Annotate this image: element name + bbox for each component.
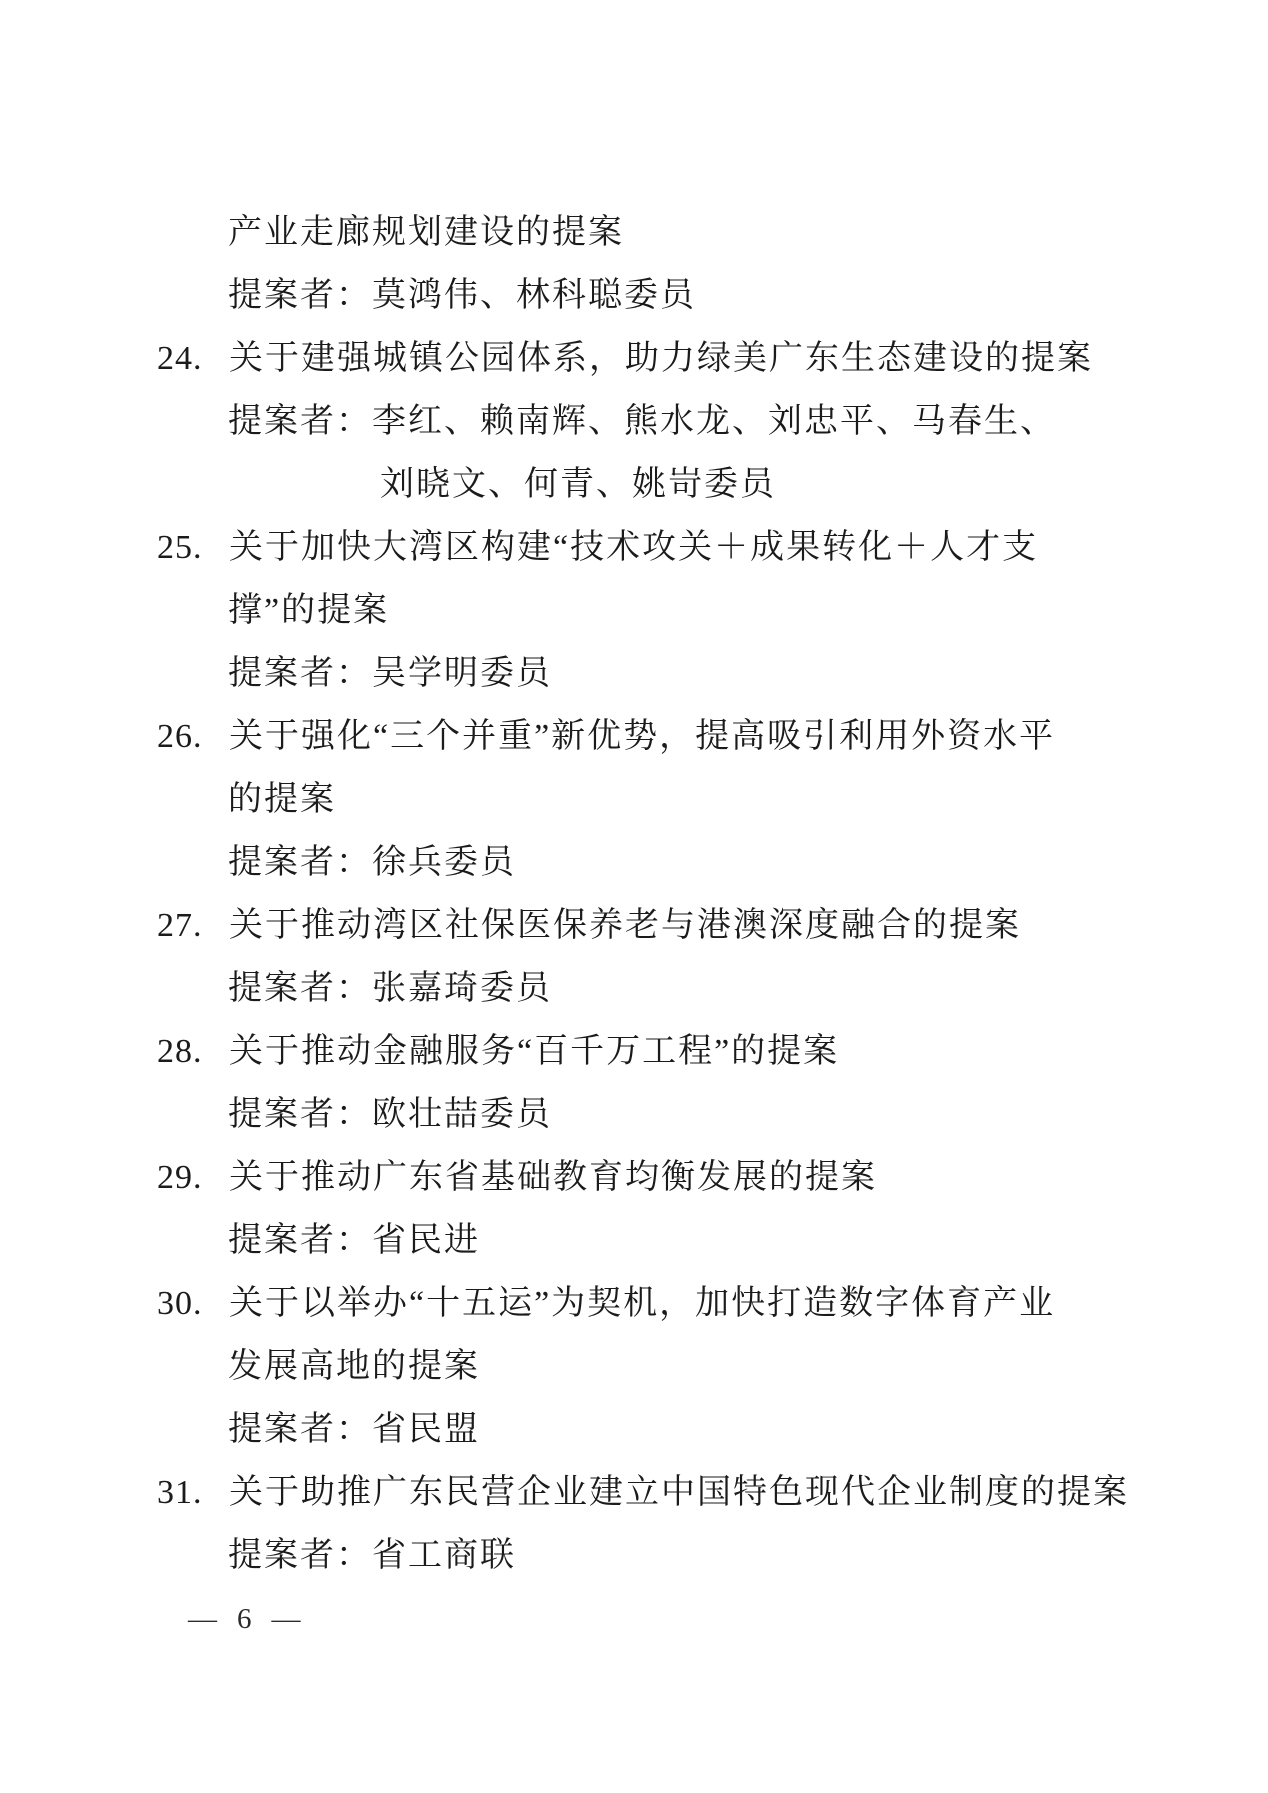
proposal-title-text: 关于强化“三个并重”新优势，提高吸引利用外资水平 bbox=[229, 718, 1055, 755]
proposer-line: 提案者：省民盟 bbox=[228, 1398, 1268, 1461]
proposal-title-text: 关于加快大湾区构建“技术攻关＋成果转化＋人才支 bbox=[229, 529, 1038, 566]
proposal-title-line: 28.关于推动金融服务“百千万工程”的提案 bbox=[157, 1020, 1268, 1083]
proposal-number: 30. bbox=[157, 1272, 229, 1335]
proposal-title-continuation: 撑”的提案 bbox=[228, 579, 1268, 642]
proposal-title-continuation: 的提案 bbox=[228, 768, 1268, 831]
proposal-number: 28. bbox=[157, 1020, 229, 1083]
document-page: 产业走廊规划建设的提案 提案者：莫鸿伟、林科聪委员 24.关于建强城镇公园体系，… bbox=[0, 0, 1268, 1793]
proposer-line: 提案者：李红、赖南辉、熊水龙、刘忠平、马春生、 bbox=[228, 390, 1268, 453]
proposer-line: 提案者：徐兵委员 bbox=[228, 831, 1268, 894]
proposal-number: 29. bbox=[157, 1146, 229, 1209]
page-footer: — 6 — bbox=[188, 1598, 301, 1640]
proposal-title-text: 关于推动金融服务“百千万工程”的提案 bbox=[229, 1033, 839, 1070]
proposal-title-text: 关于推动广东省基础教育均衡发展的提案 bbox=[229, 1159, 877, 1196]
proposer-line: 提案者：省民进 bbox=[228, 1209, 1268, 1272]
proposal-number: 31. bbox=[157, 1461, 229, 1524]
proposal-title-line: 29.关于推动广东省基础教育均衡发展的提案 bbox=[157, 1146, 1268, 1209]
proposer-line: 提案者：吴学明委员 bbox=[228, 642, 1268, 705]
proposal-number: 26. bbox=[157, 705, 229, 768]
footer-dash-left: — bbox=[188, 1603, 217, 1636]
footer-dash-right: — bbox=[272, 1603, 301, 1636]
proposal-title-continuation: 发展高地的提案 bbox=[228, 1335, 1268, 1398]
proposal-number: 25. bbox=[157, 516, 229, 579]
proposal-title-line: 25.关于加快大湾区构建“技术攻关＋成果转化＋人才支 bbox=[157, 516, 1268, 579]
proposal-number: 24. bbox=[157, 327, 229, 390]
proposal-title-text: 关于以举办“十五运”为契机，加快打造数字体育产业 bbox=[229, 1285, 1055, 1322]
proposer-line: 提案者：莫鸿伟、林科聪委员 bbox=[228, 264, 1268, 327]
proposal-title-continuation: 产业走廊规划建设的提案 bbox=[228, 201, 1268, 264]
proposal-title-line: 30.关于以举办“十五运”为契机，加快打造数字体育产业 bbox=[157, 1272, 1268, 1335]
proposer-continuation-line: 刘晓文、何青、姚岢委员 bbox=[380, 453, 1268, 516]
proposal-title-line: 26.关于强化“三个并重”新优势，提高吸引利用外资水平 bbox=[157, 705, 1268, 768]
proposal-title-text: 关于建强城镇公园体系，助力绿美广东生态建设的提案 bbox=[229, 340, 1093, 377]
page-number: 6 bbox=[237, 1603, 252, 1636]
proposer-line: 提案者：省工商联 bbox=[228, 1524, 1268, 1587]
proposal-title-text: 关于推动湾区社保医保养老与港澳深度融合的提案 bbox=[229, 907, 1021, 944]
proposer-line: 提案者：张嘉琦委员 bbox=[228, 957, 1268, 1020]
proposer-line: 提案者：欧壮喆委员 bbox=[228, 1083, 1268, 1146]
proposal-title-line: 27.关于推动湾区社保医保养老与港澳深度融合的提案 bbox=[157, 894, 1268, 957]
proposal-title-line: 31.关于助推广东民营企业建立中国特色现代企业制度的提案 bbox=[157, 1461, 1268, 1524]
proposal-title-text: 关于助推广东民营企业建立中国特色现代企业制度的提案 bbox=[229, 1474, 1129, 1511]
proposal-title-line: 24.关于建强城镇公园体系，助力绿美广东生态建设的提案 bbox=[157, 327, 1268, 390]
proposal-list: 产业走廊规划建设的提案 提案者：莫鸿伟、林科聪委员 24.关于建强城镇公园体系，… bbox=[0, 201, 1268, 1587]
proposal-number: 27. bbox=[157, 894, 229, 957]
